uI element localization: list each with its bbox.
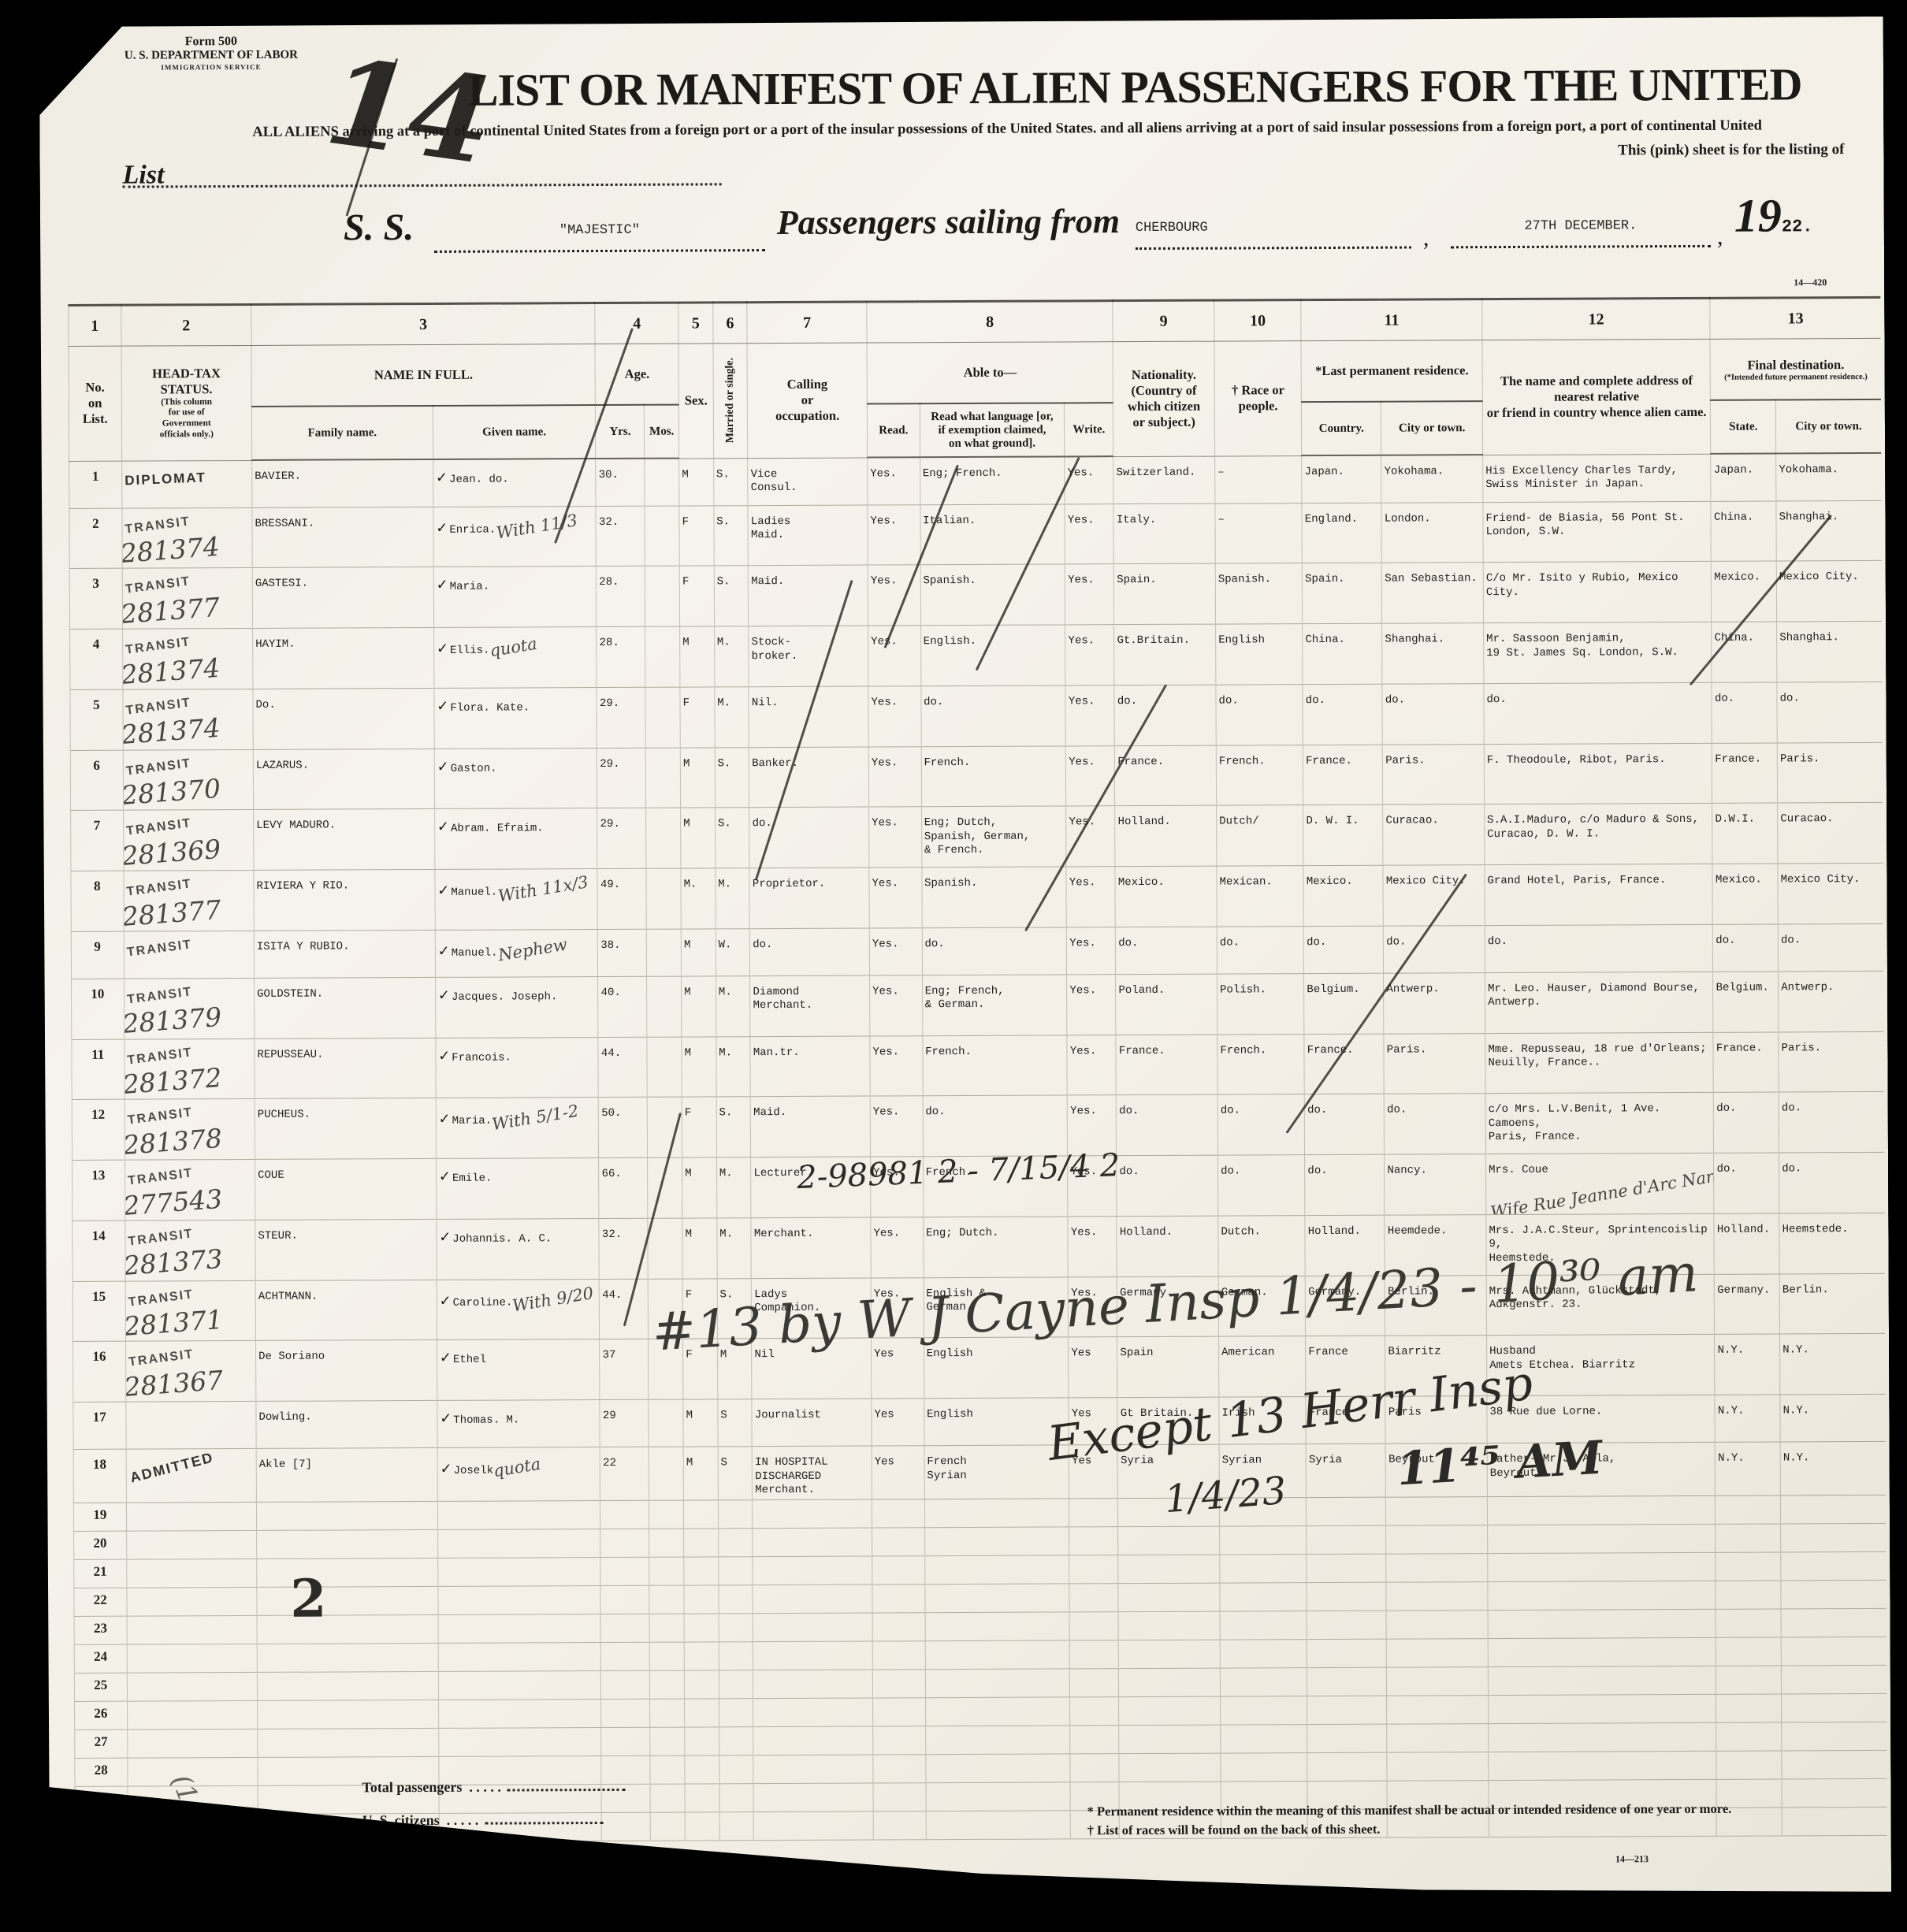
cell-family-name: BRESSANI. — [252, 507, 433, 568]
cell-nearest-relative: Grand Hotel, Paris, France. — [1485, 864, 1713, 925]
empty-cell — [719, 1585, 753, 1613]
cell-residence-country: France. — [1303, 745, 1383, 805]
empty-cell — [925, 1696, 1070, 1726]
cell-family-name: GOLDSTEIN. — [255, 977, 436, 1038]
handwritten-headtax-number: 281377 — [124, 893, 222, 931]
handwritten-headtax-number: 281369 — [123, 833, 221, 871]
cell-marital-status: S — [718, 1399, 753, 1447]
empty-cell — [1716, 1693, 1782, 1722]
cell-read-language: do. — [923, 1095, 1068, 1157]
given-name-text: Gaston. — [451, 762, 497, 775]
cell-headtax-status: TRANSIT — [124, 931, 255, 979]
empty-cell — [719, 1698, 753, 1726]
col-married-single: Married or single. — [713, 344, 748, 459]
ss-label: S. S. — [344, 206, 414, 249]
empty-cell — [925, 1753, 1070, 1782]
cell-given-name: ✓Enrica. With 11/3 — [433, 506, 597, 567]
empty-cell — [1716, 1523, 1781, 1551]
cell-destination-state: do. — [1712, 682, 1777, 743]
cell-age-months — [645, 566, 680, 626]
colnum-2: 2 — [121, 304, 251, 346]
cell-able-read: Yes. — [868, 504, 920, 565]
check-mark-icon: ✓ — [437, 641, 448, 657]
empty-cell — [684, 1585, 719, 1613]
cell-occupation: Ladies Maid. — [748, 505, 868, 566]
cell-destination-state: China. — [1712, 622, 1777, 682]
cell-age-months — [647, 929, 682, 976]
cell-family-name: Do. — [253, 688, 434, 749]
empty-cell — [924, 1555, 1069, 1584]
cell-destination-city: do. — [1778, 923, 1883, 972]
empty-cell — [1307, 1554, 1386, 1582]
given-name-text: Maria. — [450, 581, 489, 593]
cell-destination-city: do. — [1779, 1092, 1884, 1153]
empty-cell — [258, 1728, 439, 1757]
date-line: 27TH DECEMBER. — [1451, 210, 1711, 248]
empty-cell — [1118, 1611, 1220, 1640]
empty-cell — [438, 1585, 601, 1614]
empty-cell — [873, 1726, 926, 1754]
empty-cell — [1221, 1752, 1307, 1781]
check-mark-icon: ✓ — [437, 882, 449, 899]
empty-cell — [127, 1644, 258, 1673]
empty-cell — [257, 1529, 438, 1559]
handwritten-headtax-number: 281379 — [124, 1001, 222, 1039]
empty-cell — [1782, 1750, 1887, 1779]
empty-cell — [718, 1499, 753, 1528]
given-name-text: Thomas. M. — [453, 1414, 519, 1426]
col-read: Read. — [867, 403, 920, 457]
cell-sex: M — [683, 1399, 718, 1447]
empty-cell — [1387, 1695, 1489, 1724]
empty-cell — [685, 1726, 719, 1755]
cell-able-read: Yes. — [868, 746, 921, 807]
cell-sex: M — [682, 1036, 716, 1097]
cell-residence-country: Mexico. — [1303, 865, 1383, 926]
cell-family-name: LAZARUS. — [253, 749, 434, 810]
cell-row-number: 1 — [69, 461, 122, 508]
empty-cell — [438, 1699, 601, 1728]
col-write: Write. — [1065, 403, 1113, 456]
empty-cell — [872, 1527, 925, 1555]
cell-nearest-relative: Mme. Repusseau, 18 rue d'Orleans; Neuill… — [1485, 1032, 1714, 1094]
empty-cell — [872, 1612, 925, 1640]
cell-residence-country: Spain. — [1303, 563, 1382, 623]
cell-row-number: 22 — [74, 1588, 127, 1616]
check-mark-icon: ✓ — [437, 758, 449, 775]
cell-destination-state: China. — [1711, 501, 1776, 562]
empty-cell — [1070, 1640, 1119, 1668]
cell-race: do. — [1218, 1155, 1306, 1216]
cell-residence-city: Nancy. — [1385, 1154, 1486, 1215]
cell-destination-state: N.Y. — [1715, 1334, 1780, 1395]
col-occupation: Calling or occupation. — [747, 343, 867, 458]
cell-given-name: ✓Francois. — [436, 1037, 599, 1098]
cell-occupation: Man.tr. — [750, 1036, 870, 1097]
empty-cell — [1307, 1525, 1386, 1554]
cell-occupation: Journalist — [752, 1399, 872, 1447]
cell-given-name: ✓Thomas. M. — [437, 1400, 600, 1448]
cell-nationality: Holland. — [1115, 805, 1217, 866]
handwritten-note: With 9/20 — [511, 1283, 596, 1317]
empty-cell — [1387, 1638, 1489, 1667]
cell-nationality: Gt.Britain. — [1114, 624, 1216, 685]
cell-race: Spanish. — [1215, 563, 1303, 624]
handwritten-headtax-number: 281378 — [125, 1122, 223, 1161]
cell-given-name: ✓Flora. Kate. — [434, 687, 597, 749]
relative-text: Mrs. Coue — [1489, 1164, 1548, 1176]
empty-cell — [649, 1557, 684, 1585]
cell-row-number: 24 — [74, 1644, 127, 1673]
colnum-1: 1 — [69, 305, 121, 346]
cell-destination-state: Germany. — [1715, 1273, 1780, 1334]
cell-age-years: 29 — [600, 1399, 649, 1447]
empty-cell — [1781, 1523, 1887, 1552]
check-mark-icon: ✓ — [438, 1047, 450, 1064]
cell-age-months — [647, 976, 682, 1037]
cell-family-name: Akle [7] — [256, 1447, 437, 1502]
empty-cell — [650, 1756, 685, 1784]
colnum-3: 3 — [251, 303, 596, 346]
cell-destination-city: N.Y. — [1780, 1441, 1886, 1495]
empty-cell — [1307, 1752, 1387, 1781]
empty-cell — [718, 1556, 753, 1585]
comma: , — [1423, 225, 1429, 251]
given-name-text: Caroline. — [453, 1296, 513, 1309]
cell-marital-status: M. — [716, 1036, 751, 1097]
cell-race: do. — [1216, 684, 1303, 745]
cell-headtax-status: TRANSIT281377 — [122, 568, 253, 629]
empty-cell — [1488, 1552, 1716, 1581]
cell-race: do. — [1217, 926, 1304, 973]
col-destination-state: State. — [1711, 400, 1776, 454]
cell-age-months — [645, 459, 679, 506]
cell-residence-city: London. — [1381, 502, 1483, 563]
empty-cell — [1716, 1722, 1782, 1750]
empty-cell — [1781, 1637, 1887, 1666]
form-number: Form 500 — [109, 35, 314, 50]
empty-cell — [1119, 1668, 1221, 1697]
cell-row-number: 11 — [72, 1039, 125, 1100]
cell-nearest-relative: do. — [1485, 924, 1713, 972]
empty-cell — [649, 1529, 684, 1557]
cell-headtax-status: TRANSIT281378 — [125, 1099, 255, 1160]
total-passengers-line: Total passengers . . . . . — [362, 1778, 625, 1796]
empty-cell — [719, 1755, 754, 1783]
cell-nationality: do. — [1114, 685, 1216, 745]
empty-cell — [437, 1529, 600, 1558]
cell-able-read: Yes. — [868, 457, 920, 504]
empty-cell — [872, 1584, 925, 1612]
empty-cell — [1781, 1665, 1887, 1694]
relative-text: Mr. Sassoon Benjamin, 19 St. James Sq. L… — [1486, 632, 1678, 659]
check-mark-icon: ✓ — [436, 519, 448, 536]
empty-cell — [437, 1557, 600, 1586]
cell-read-language: French. — [922, 1035, 1067, 1096]
cell-row-number: 30 — [75, 1815, 128, 1843]
cell-destination-city: Berlin. — [1779, 1273, 1885, 1334]
cell-row-number: 21 — [74, 1559, 127, 1588]
empty-cell — [1716, 1665, 1782, 1693]
empty-cell — [1716, 1495, 1781, 1523]
given-name-text: Jean. do. — [449, 474, 509, 486]
subtitle-text: ALL ALIENS arriving at a port of contine… — [252, 117, 1883, 141]
empty-cell — [872, 1555, 925, 1584]
empty-cell — [1119, 1753, 1221, 1782]
headtax-subtitle: (This column for use of Government offic… — [124, 397, 249, 441]
passenger-row: 3TRANSIT281377GASTESI.✓Maria.28.FS.Maid.… — [69, 561, 1882, 630]
cell-nationality: do. — [1117, 1155, 1218, 1216]
empty-cell — [1070, 1725, 1119, 1753]
cell-given-name: ✓Manuel. With 11x/3 — [435, 869, 598, 931]
given-name-text: Ethel — [453, 1354, 486, 1366]
empty-cell — [873, 1754, 926, 1782]
cell-able-read: Yes. — [869, 807, 922, 868]
empty-cell — [1069, 1583, 1118, 1611]
empty-cell — [753, 1783, 873, 1812]
cell-row-number: 26 — [75, 1701, 128, 1730]
given-name-text: Emile. — [452, 1172, 492, 1185]
empty-cell — [685, 1811, 719, 1840]
cell-nearest-relative: His Excellency Charles Tardy, Swiss Mini… — [1483, 454, 1712, 502]
cell-age-years: 30. — [596, 459, 645, 506]
given-name-text: Maria. — [452, 1115, 492, 1128]
handwritten-headtax-number: 281377 — [122, 591, 221, 630]
cell-nationality: Spain. — [1114, 563, 1216, 624]
cell-nearest-relative: S.A.I.Maduro, c/o Maduro & Sons, Curacao… — [1485, 804, 1713, 865]
cell-row-number: 6 — [70, 750, 123, 811]
empty-cell — [601, 1699, 650, 1727]
cell-destination-state: Holland. — [1714, 1213, 1779, 1274]
empty-cell — [126, 1559, 257, 1588]
given-name-text: Ellis. — [450, 645, 489, 657]
cell-sex: F — [679, 505, 714, 566]
cell-nationality: France. — [1116, 1035, 1217, 1095]
empty-cell — [1488, 1666, 1716, 1695]
empty-cell — [753, 1698, 873, 1727]
empty-cell — [1716, 1637, 1782, 1665]
empty-cell — [924, 1583, 1069, 1612]
empty-cell — [1781, 1495, 1887, 1524]
cell-destination-state: D.W.I. — [1712, 803, 1778, 864]
cell-read-language: Eng; French, & German. — [922, 975, 1067, 1036]
handwritten-note: With 11x/3 — [496, 871, 589, 906]
check-mark-icon: ✓ — [437, 577, 448, 593]
cell-read-language: French. — [921, 745, 1066, 807]
handwritten-headtax-number: 281370 — [123, 772, 221, 811]
empty-cell — [925, 1725, 1070, 1754]
cell-nearest-relative: Mrs. Coue Wife Rue Jeanne d'Arc Nancy Fr… — [1486, 1153, 1715, 1214]
cell-nationality: Holland. — [1117, 1216, 1218, 1276]
cell-nationality: do. — [1116, 927, 1217, 975]
cell-family-name: ACHTMANN. — [255, 1280, 437, 1341]
cell-race: Mexican. — [1217, 866, 1304, 927]
cell-row-number: 3 — [69, 568, 122, 629]
cell-family-name: RIVIERA Y RIO. — [254, 869, 435, 931]
cell-able-write: Yes. — [1065, 685, 1114, 745]
handwritten-headtax-number: 281372 — [124, 1061, 222, 1100]
cell-headtax-status: DIPLOMAT — [121, 460, 252, 508]
empty-cell — [753, 1726, 873, 1756]
cell-given-name: ✓Maria. With 5/1-2 — [436, 1098, 599, 1159]
plate-number-top: 14—420 — [1794, 277, 1827, 288]
empty-cell — [719, 1641, 753, 1670]
check-mark-icon: ✓ — [437, 819, 449, 835]
cell-row-number: 10 — [72, 979, 125, 1039]
empty-cell — [719, 1613, 753, 1641]
empty-cell — [1118, 1526, 1220, 1555]
cell-age-years: 44. — [600, 1279, 649, 1339]
cell-destination-state: N.Y. — [1716, 1442, 1781, 1495]
handwritten-headtax-number: 277543 — [125, 1182, 223, 1221]
empty-cell — [1488, 1581, 1716, 1610]
empty-cell — [650, 1642, 685, 1670]
empty-cell — [256, 1501, 437, 1530]
cell-marital-status: S. — [713, 458, 748, 505]
cell-nearest-relative: do. — [1484, 682, 1712, 744]
cell-destination-state: do. — [1714, 1153, 1779, 1213]
given-name-text: Johannis. A. C. — [452, 1232, 552, 1246]
empty-cell — [684, 1556, 719, 1585]
empty-cell — [1781, 1608, 1887, 1637]
col-given-name: Given name. — [433, 405, 596, 459]
cell-headtax-status: TRANSIT281374 — [123, 689, 254, 749]
empty-cell — [1782, 1722, 1887, 1751]
cell-sex: F — [680, 687, 715, 748]
relative-text: Mme. Repusseau, 18 rue d'Orleans; Neuill… — [1488, 1042, 1706, 1069]
col-headtax: HEAD-TAX STATUS.(This column for use of … — [121, 345, 252, 460]
empty-cell — [127, 1729, 258, 1758]
empty-cell — [1119, 1696, 1221, 1726]
handwritten-headtax-number: 281373 — [125, 1243, 223, 1281]
cell-row-number: 4 — [70, 629, 123, 689]
col-name-in-full: NAME IN FULL. — [251, 344, 596, 407]
cell-able-write: Yes. — [1068, 1216, 1117, 1276]
cell-occupation: Vice Consul. — [748, 458, 868, 506]
cell-row-number: 7 — [71, 810, 124, 871]
us-citizens-line: U. S. citizens . . . . . — [362, 1811, 626, 1829]
cell-residence-city: San Sebastian. — [1382, 563, 1484, 623]
cell-residence-city: do. — [1382, 683, 1484, 744]
cell-nationality: Switzerland. — [1113, 456, 1215, 504]
cell-marital-status: W. — [716, 928, 750, 975]
cell-row-number: 19 — [73, 1503, 126, 1531]
cell-able-read: Yes. — [870, 1035, 923, 1096]
empty-cell — [1220, 1525, 1307, 1554]
col-able-to: Able to— — [867, 342, 1113, 404]
passenger-row: 12TRANSIT281378PUCHEUS.✓Maria. With 5/1-… — [72, 1092, 1884, 1161]
cell-destination-city: Mexico City. — [1776, 561, 1882, 622]
cell-marital-status: M. — [716, 1157, 751, 1218]
handwritten-headtax-number: 281371 — [125, 1303, 224, 1342]
empty-cell — [684, 1528, 719, 1556]
cell-occupation: Maid. — [751, 1096, 871, 1157]
cell-destination-state: Belgium. — [1713, 972, 1779, 1032]
handwritten-relative-note: Wife Rue Jeanne d'Arc Nancy France — [1489, 1153, 1715, 1214]
empty-cell — [650, 1670, 685, 1699]
cell-given-name: ✓Caroline. With 9/20 — [437, 1279, 600, 1340]
cell-nearest-relative: F. Theodoule, Ribot, Paris. — [1484, 743, 1712, 804]
empty-cell — [1489, 1722, 1717, 1752]
cell-family-name: BAVIER. — [252, 459, 433, 507]
given-name-text: Enrica. — [449, 523, 496, 536]
cell-marital-status: S. — [715, 747, 749, 808]
empty-cell — [753, 1556, 872, 1585]
cell-marital-status: M. — [716, 868, 750, 929]
blank-line — [485, 1811, 603, 1825]
cell-residence-country: Syria — [1306, 1443, 1385, 1497]
col-race: † Race or people. — [1214, 341, 1302, 456]
cell-row-number: 17 — [73, 1402, 126, 1449]
cell-destination-city: Antwerp. — [1779, 971, 1884, 1031]
cell-headtax-status: TRANSIT281374 — [122, 507, 253, 568]
empty-cell — [719, 1783, 754, 1811]
empty-cell — [1069, 1526, 1118, 1555]
cell-sex: M. — [681, 868, 716, 929]
col-last-residence: *Last permanent residence. — [1301, 340, 1482, 403]
empty-cell — [925, 1640, 1070, 1669]
empty-cell — [1070, 1668, 1119, 1696]
cell-marital-status: M. — [717, 1217, 752, 1278]
cell-row-number: 18 — [73, 1449, 126, 1503]
cell-age-months — [647, 1037, 682, 1098]
cell-family-name: De Soriano — [256, 1340, 437, 1402]
col-family-name: Family name. — [251, 406, 433, 460]
list-line: List 14 — [122, 143, 721, 188]
empty-cell — [1386, 1610, 1488, 1639]
empty-cell — [1070, 1753, 1119, 1782]
cell-age-months — [646, 748, 681, 808]
port-name: CHERBOURG — [1136, 221, 1208, 236]
check-mark-icon: ✓ — [438, 1111, 450, 1128]
cell-sex: M — [680, 747, 715, 808]
cell-sex: M — [680, 626, 715, 687]
col-age-mos: Mos. — [645, 405, 679, 459]
cell-age-years: 32. — [599, 1218, 648, 1279]
empty-cell — [650, 1727, 685, 1756]
dot-leaders: . . . . . — [469, 1779, 501, 1795]
empty-cell — [753, 1613, 872, 1642]
cell-row-number: 9 — [71, 931, 124, 979]
port-line: CHERBOURG — [1136, 212, 1411, 251]
empty-cell — [1220, 1639, 1307, 1667]
col-nationality: Nationality. (Country of which citizen o… — [1113, 341, 1214, 456]
colnum-5: 5 — [678, 303, 713, 344]
empty-cell — [258, 1700, 439, 1729]
empty-cell — [1070, 1696, 1119, 1725]
cell-row-number: 15 — [72, 1281, 125, 1342]
empty-cell — [753, 1585, 872, 1614]
cell-given-name: ✓Ellis. quota — [433, 627, 597, 689]
empty-cell — [1307, 1497, 1386, 1525]
cell-row-number: 23 — [74, 1616, 127, 1644]
given-name-text: Joselk — [454, 1465, 493, 1477]
cell-residence-city: Antwerp. — [1384, 972, 1485, 1033]
cell-sex: M — [681, 929, 716, 976]
empty-cell — [719, 1811, 754, 1840]
cell-race: – — [1215, 503, 1303, 563]
cell-age-months — [649, 1447, 684, 1500]
colnum-11: 11 — [1301, 299, 1482, 341]
cell-age-months — [646, 868, 681, 929]
cell-marital-status: S. — [715, 808, 749, 868]
cell-row-number: 20 — [74, 1531, 127, 1559]
cell-race: French. — [1217, 1034, 1305, 1094]
cell-residence-city: do. — [1384, 925, 1485, 973]
empty-cell — [1781, 1580, 1887, 1609]
empty-cell — [1220, 1667, 1307, 1696]
cell-sex: M — [682, 976, 716, 1037]
